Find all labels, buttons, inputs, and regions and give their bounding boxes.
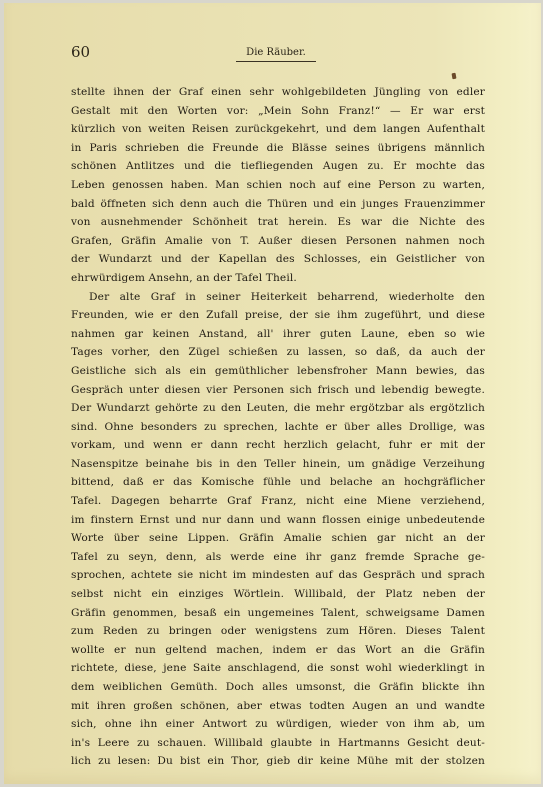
text-line: selbst nicht ein einziges Wörtlein. Will… (71, 585, 485, 604)
text-line: Tafel zu seyn, denn, als werde eine ihr … (71, 548, 485, 567)
text-line: dem weiblichen Gemüth. Doch alles umsons… (71, 678, 485, 697)
text-line: mit ihren großen schönen, aber etwas tod… (71, 697, 485, 716)
text-line: kürzlich von weiten Reisen zurückgekehrt… (71, 120, 485, 139)
paragraph-2: Der alte Graf in seiner Heiterkeit behar… (71, 288, 485, 771)
text-line: in Paris schrieben die Freunde die Bläss… (71, 139, 485, 158)
text-line: im finstern Ernst und nur dann und wann … (71, 511, 485, 530)
text-line: bittend, daß er das Komische fühle und b… (71, 473, 485, 492)
ink-blot-mark (452, 73, 457, 80)
text-line: vorkam, und wenn er dann recht herzlich … (71, 436, 485, 455)
text-line: sind. Ohne besonders zu sprechen, lachte… (71, 418, 485, 437)
text-line: Der Wundarzt gehörte zu den Leuten, die … (71, 399, 485, 418)
body-text: stellte ihnen der Graf einen sehr wohlge… (71, 83, 485, 771)
text-line: nahmen gar keinen Anstand, all' ihrer gu… (71, 325, 485, 344)
text-line: richtete, diese, jene Saite anschlagend,… (71, 659, 485, 678)
text-line: lich zu lesen: Du bist ein Thor, gieb di… (71, 752, 485, 771)
text-line: Leben genossen haben. Man schien noch au… (71, 176, 485, 195)
page-number: 60 (71, 43, 90, 61)
text-line: Tafel. Dagegen beharrte Graf Franz, nich… (71, 492, 485, 511)
text-line: sprochen, achtete sie nicht im mindesten… (71, 566, 485, 585)
page-header: 60 Die Räuber. (71, 43, 485, 67)
text-line: in's Leere zu schauen. Willibald glaubte… (71, 734, 485, 753)
text-line: zum Reden zu bringen oder wenigstens zum… (71, 622, 485, 641)
paragraph-1: stellte ihnen der Graf einen sehr wohlge… (71, 83, 485, 288)
text-line: von ausnehmender Schönheit trat herein. … (71, 213, 485, 232)
text-line: schönen Antlitzes und die tiefliegenden … (71, 157, 485, 176)
text-line: Tages vorher, den Zügel schießen zu lass… (71, 343, 485, 362)
text-line: Geistliche sich als ein gemüthlicher leb… (71, 362, 485, 381)
text-line: Gestalt mit den Worten vor: „Mein Sohn F… (71, 102, 485, 121)
text-line: Der alte Graf in seiner Heiterkeit behar… (71, 288, 485, 307)
running-title: Die Räuber. (236, 47, 316, 62)
text-line: Gräfin genommen, besaß ein ungemeines Ta… (71, 604, 485, 623)
text-line: bald öffneten sich denn auch die Thüren … (71, 195, 485, 214)
text-line: stellte ihnen der Graf einen sehr wohlge… (71, 83, 485, 102)
text-line: wollte er nun geltend machen, indem er d… (71, 641, 485, 660)
text-line: Gespräch unter diesen vier Personen sich… (71, 381, 485, 400)
text-line: Nasenspitze beinahe bis in den Teller hi… (71, 455, 485, 474)
text-line: ehrwürdigem Ansehn, an der Tafel Theil. (71, 269, 485, 288)
text-line: Grafen, Gräfin Amalie von T. Außer diese… (71, 232, 485, 251)
text-line: sich, ohne ihn einer Antwort zu würdigen… (71, 715, 485, 734)
text-line: Freunden, wie er den Zufall preise, der … (71, 306, 485, 325)
text-line: der Wundarzt und der Kapellan des Schlos… (71, 250, 485, 269)
text-line: Worte über seine Lippen. Gräfin Amalie s… (71, 529, 485, 548)
book-page: 60 Die Räuber. stellte ihnen der Graf ei… (4, 3, 541, 784)
